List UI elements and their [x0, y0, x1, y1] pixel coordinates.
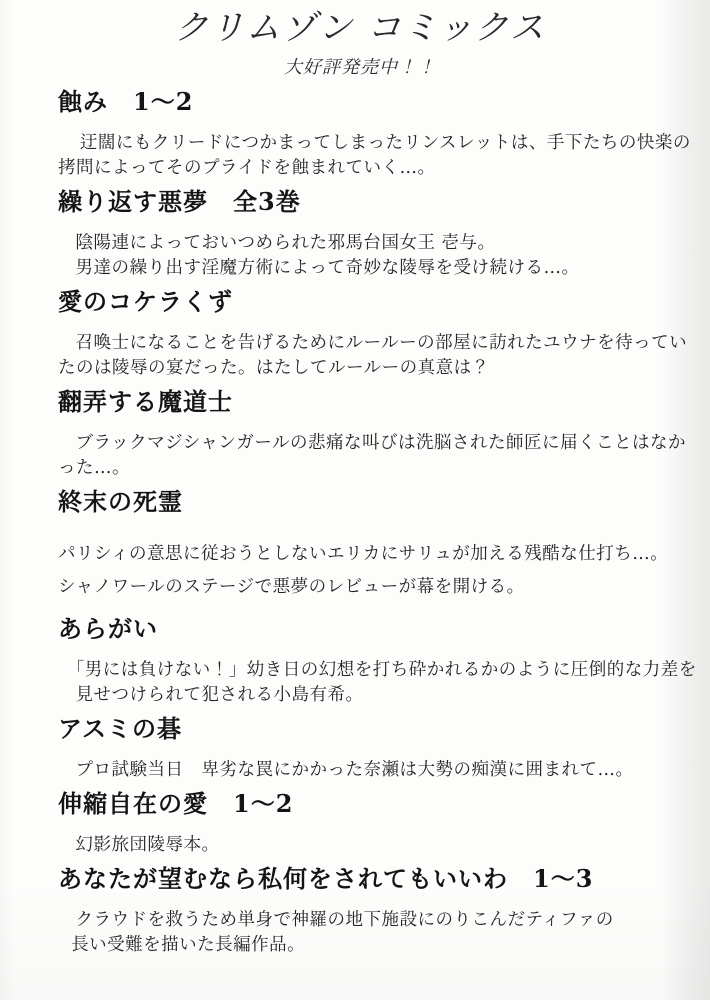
section-paragraph: シャノワールのステージで悪夢のレビューが幕を開ける。 — [58, 575, 662, 600]
body-line: 男達の繰り出す淫魔方術によって奇妙な陵辱を受け続ける…。 — [58, 256, 662, 281]
body-line: 陰陽連によっておいつめられた邪馬台国女王 壱与。 — [58, 231, 662, 256]
section-paragraph: パリシィの意思に従おうとしないエリカにサリュが加える残酷な仕打ち…。 — [58, 542, 662, 567]
body-line: たのは陵辱の宴だった。はたしてルールーの真意は？ — [58, 356, 662, 381]
page-subtitle: 大好評発売中！！ — [58, 56, 662, 80]
section-paragraph: 迂闊にもクリードにつかまってしまったリンスレットは、手下たちの快楽の拷問によって… — [58, 131, 662, 181]
catalog-section: アスミの碁プロ試験当日 卑劣な罠にかかった奈瀬は大勢の痴漢に囲まれて…。 — [58, 715, 662, 783]
catalog-section: 翻弄する魔道士ブラックマジシャンガールの悲痛な叫びは洗脳された師匠に届くことはな… — [58, 388, 662, 481]
section-paragraph: ブラックマジシャンガールの悲痛な叫びは洗脳された師匠に届くことはなかった…。 — [58, 431, 662, 481]
body-line: 見せつけられて犯される小島有希。 — [58, 683, 662, 708]
section-heading: 繰り返す悪夢 全3巻 — [58, 188, 662, 216]
section-paragraph: プロ試験当日 卑劣な罠にかかった奈瀬は大勢の痴漢に囲まれて…。 — [58, 758, 662, 783]
catalog-section: 繰り返す悪夢 全3巻陰陽連によっておいつめられた邪馬台国女王 壱与。男達の繰り出… — [58, 188, 662, 281]
catalog-section: あらがい「男には負けない！」幼き日の幻想を打ち砕かれるかのように圧倒的な力差を見… — [58, 615, 662, 708]
section-paragraph: クラウドを救うため単身で神羅の地下施設にのりこんだティファの長い受難を描いた長編… — [58, 908, 662, 958]
section-heading: 蝕み 1～2 — [58, 88, 662, 116]
catalog-section: 愛のコケラくず召喚士になることを告げるためにルールーの部屋に訪れたユウナを待って… — [58, 288, 662, 381]
body-line: 幻影旅団陵辱本。 — [58, 833, 662, 858]
section-paragraph: 「男には負けない！」幼き日の幻想を打ち砕かれるかのように圧倒的な力差を見せつけら… — [58, 658, 662, 708]
catalog-section: 伸縮自在の愛 1～2幻影旅団陵辱本。 — [58, 790, 662, 858]
body-line: プロ試験当日 卑劣な罠にかかった奈瀬は大勢の痴漢に囲まれて…。 — [58, 758, 662, 783]
body-line: 召喚士になることを告げるためにルールーの部屋に訪れたユウナを待ってい — [58, 331, 662, 356]
body-line: ブラックマジシャンガールの悲痛な叫びは洗脳された師匠に届くことはなか — [58, 431, 662, 456]
body-line: クラウドを救うため単身で神羅の地下施設にのりこんだティファの — [58, 908, 662, 933]
section-heading: あなたが望むなら私何をされてもいいわ 1～3 — [58, 865, 662, 893]
section-heading: 翻弄する魔道士 — [58, 388, 662, 416]
body-line: った…。 — [58, 456, 662, 481]
body-line: 長い受難を描いた長編作品。 — [58, 933, 662, 958]
catalog-section: あなたが望むなら私何をされてもいいわ 1～3クラウドを救うため単身で神羅の地下施… — [58, 865, 662, 958]
section-heading: 終末の死霊 — [58, 488, 662, 516]
catalog-page: クリムゾン コミックス 大好評発売中！！ 蝕み 1～2迂闊にもクリードにつかまっ… — [0, 0, 710, 1000]
section-heading: 愛のコケラくず — [58, 288, 662, 316]
body-line: 迂闊にもクリードにつかまってしまったリンスレットは、手下たちの快楽の — [58, 131, 662, 156]
sections: 蝕み 1～2迂闊にもクリードにつかまってしまったリンスレットは、手下たちの快楽の… — [58, 88, 662, 958]
body-line: 「男には負けない！」幼き日の幻想を打ち砕かれるかのように圧倒的な力差を — [58, 658, 662, 683]
catalog-section: 蝕み 1～2迂闊にもクリードにつかまってしまったリンスレットは、手下たちの快楽の… — [58, 88, 662, 181]
page-title: クリムゾン コミックス — [58, 8, 662, 48]
body-line: シャノワールのステージで悪夢のレビューが幕を開ける。 — [58, 575, 662, 600]
body-line: パリシィの意思に従おうとしないエリカにサリュが加える残酷な仕打ち…。 — [58, 542, 662, 567]
section-heading: アスミの碁 — [58, 715, 662, 743]
section-heading: あらがい — [58, 615, 662, 643]
catalog-section: 終末の死霊パリシィの意思に従おうとしないエリカにサリュが加える残酷な仕打ち…。シ… — [58, 488, 662, 600]
section-paragraph: 陰陽連によっておいつめられた邪馬台国女王 壱与。男達の繰り出す淫魔方術によって奇… — [58, 231, 662, 281]
body-line: 拷問によってそのプライドを蝕まれていく…。 — [58, 156, 662, 181]
section-heading: 伸縮自在の愛 1～2 — [58, 790, 662, 818]
section-paragraph: 召喚士になることを告げるためにルールーの部屋に訪れたユウナを待っていたのは陵辱の… — [58, 331, 662, 381]
section-paragraph: 幻影旅団陵辱本。 — [58, 833, 662, 858]
